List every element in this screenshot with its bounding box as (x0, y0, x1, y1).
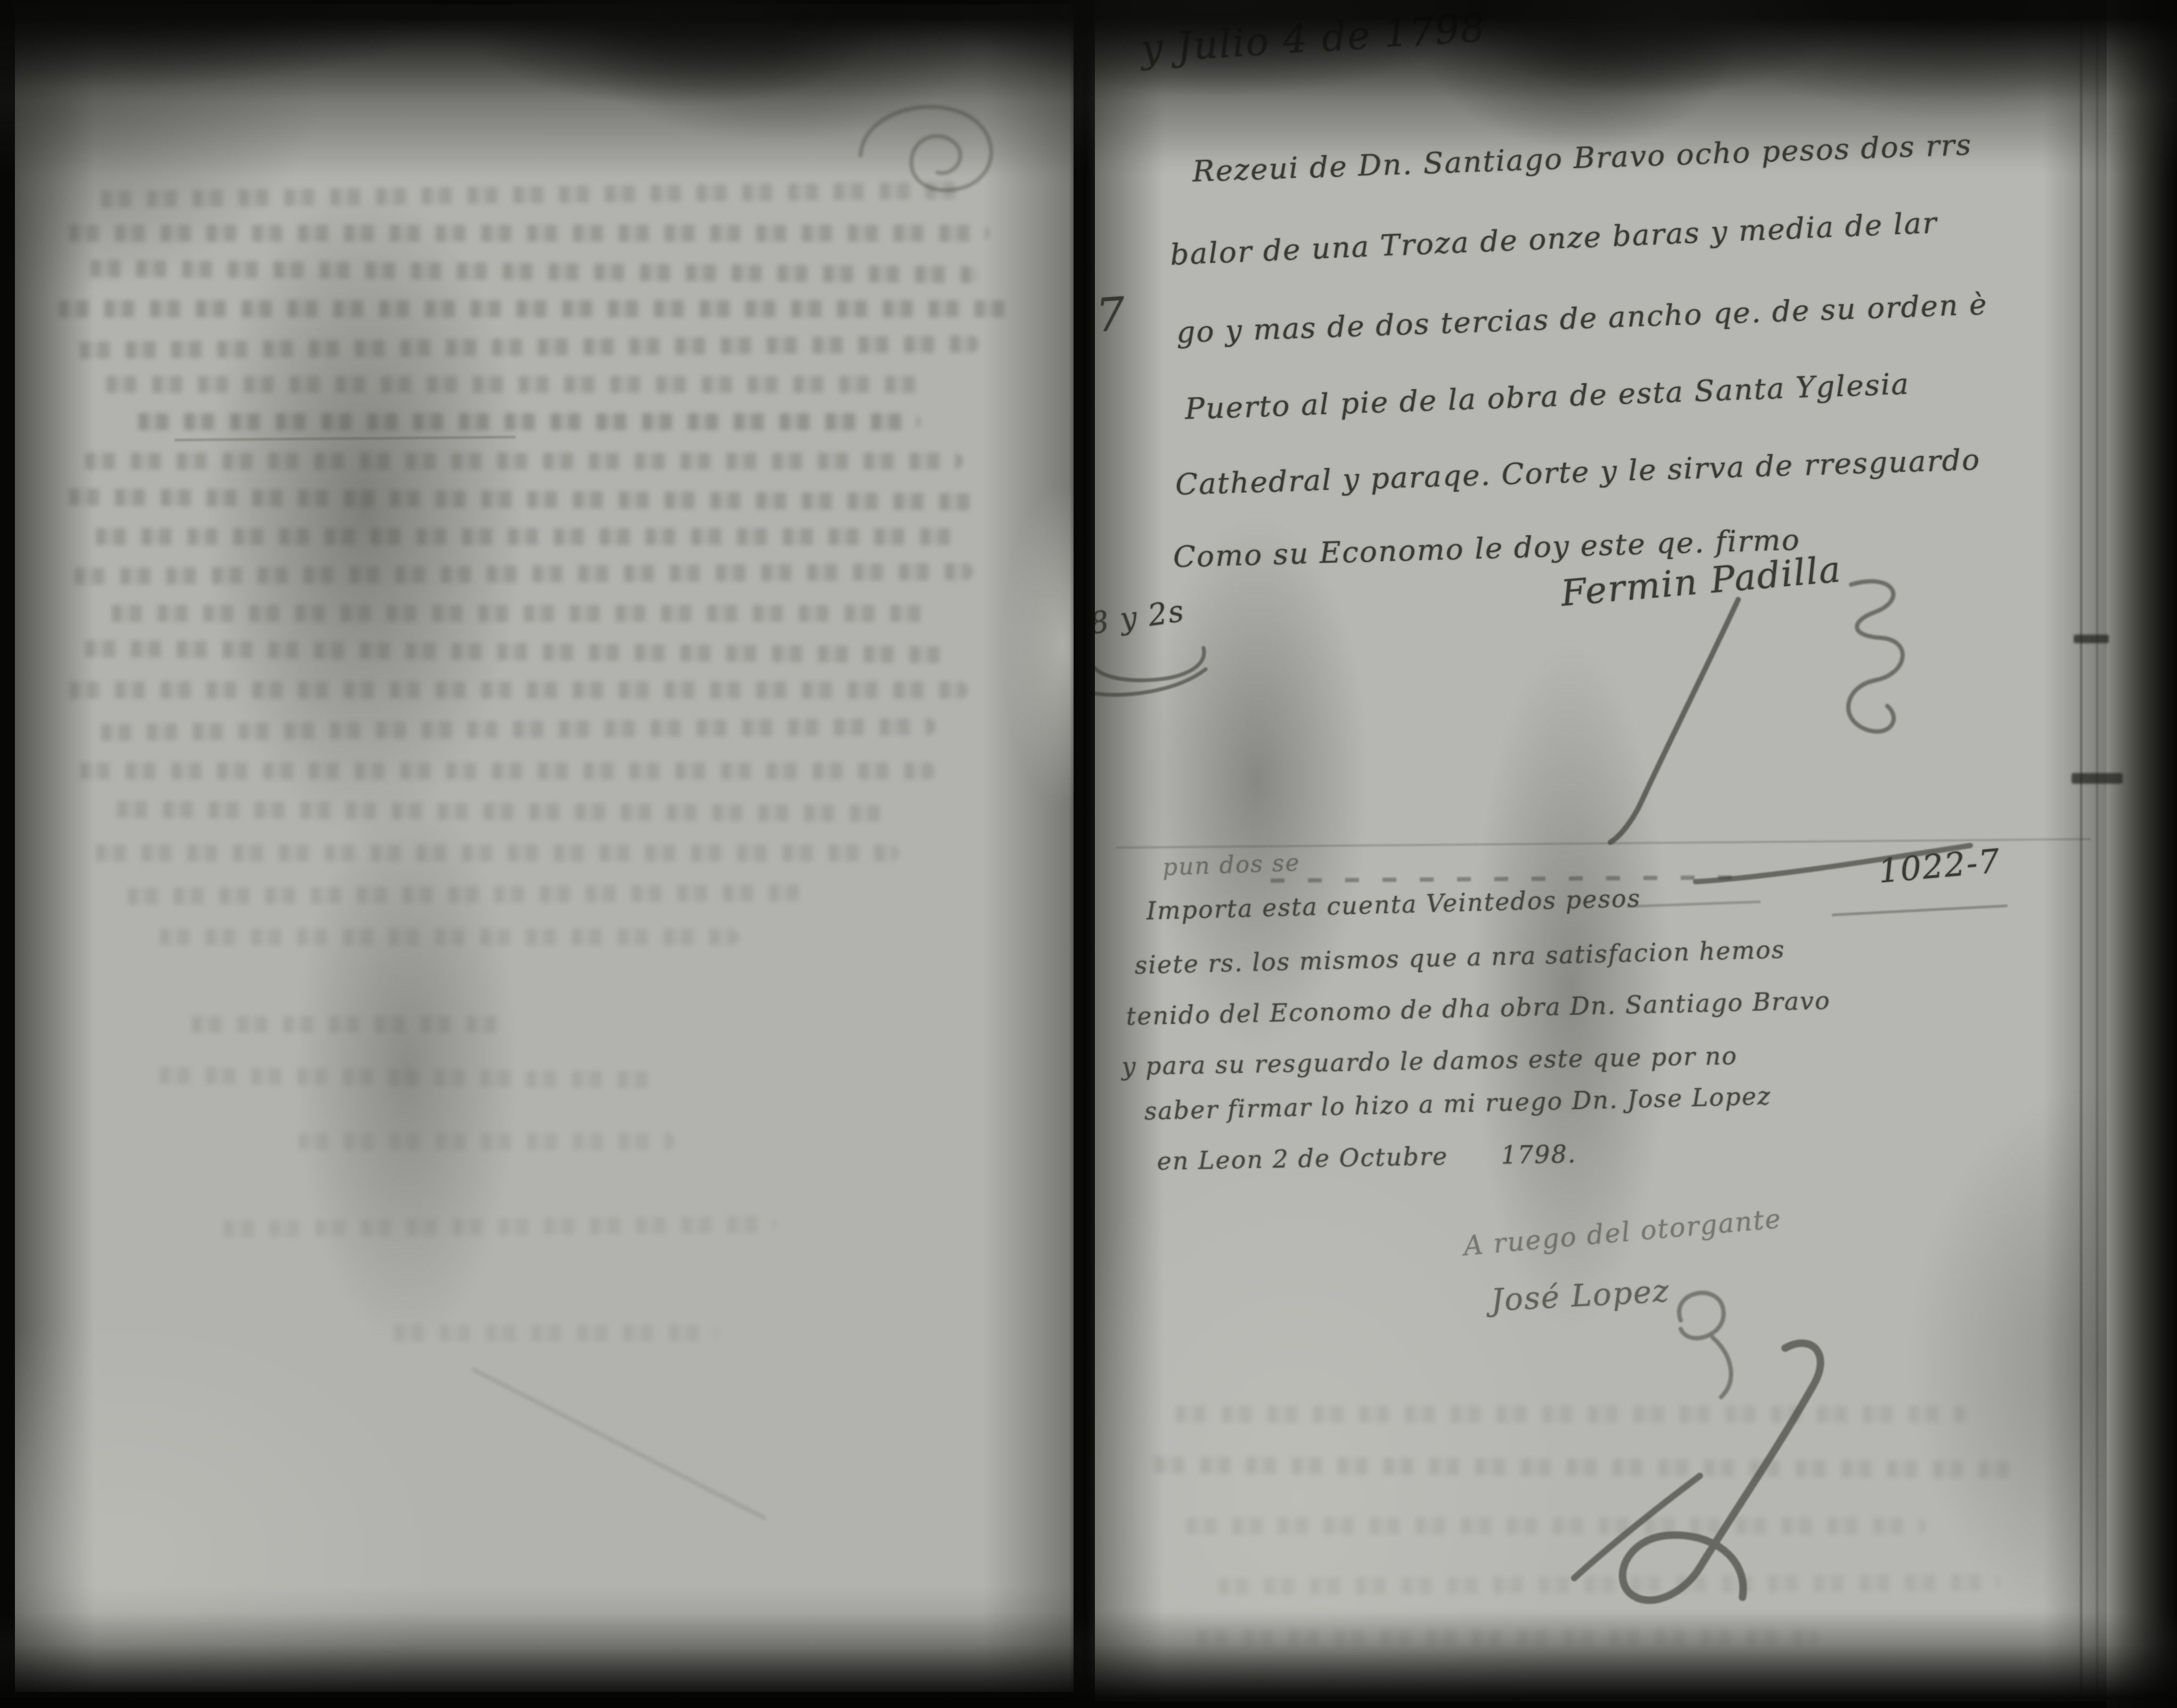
signature-rubric (1819, 570, 1926, 761)
ghost-text-line (105, 605, 936, 622)
settlement-line: y para su resguardo le damos este que po… (1122, 1041, 1738, 1081)
ghost-text-line (68, 563, 973, 585)
ghost-text-line (73, 335, 979, 359)
receipt-line: Cathedral y paraqe. Corte y le sirva de … (1175, 442, 1981, 501)
ghost-text-line (84, 260, 979, 283)
signature-jose-lopez: José Lopez (1490, 1272, 1671, 1318)
manuscript-scan: y Julio 4 de 1798 67 Rezeui de Dn. Santi… (0, 0, 2177, 1708)
ghost-text-line (388, 1325, 718, 1342)
ghost-text-line (185, 1016, 505, 1033)
receipt-line: Puerto al pie de la obra de esta Santa Y… (1184, 366, 1910, 425)
left-page (15, 4, 1074, 1692)
page-edge-mark (2074, 635, 2109, 643)
settlement-dash (1627, 900, 1761, 908)
page-edge-line (2080, 21, 2082, 1693)
ghost-text-line (63, 488, 979, 510)
page-edge-mark (2072, 773, 2123, 784)
ghost-text-line (73, 762, 936, 779)
settlement-line: Importa esta cuenta Veintedos pesos (1146, 884, 1641, 925)
settlement-line: tenido del Economo de dha obra Dn. Santi… (1126, 986, 1831, 1031)
right-page: y Julio 4 de 1798 67 Rezeui de Dn. Santi… (1095, 0, 2107, 1702)
ghost-text-line (79, 453, 963, 470)
receipt-line: balor de una Troza de onze baras y media… (1169, 206, 1938, 272)
ghost-text-line (153, 929, 739, 946)
page-edge-line (2096, 11, 2098, 1698)
page-edges (2107, 0, 2177, 1708)
settlement-line: saber firmar lo hizo a mi ruego Dn. Jose… (1144, 1081, 1772, 1126)
ghost-text-line (121, 884, 814, 905)
settlement-line: siete rs. los mismos que a nra satisfaci… (1134, 935, 1786, 980)
ghost-text-line (95, 718, 936, 741)
divider-dashed-rule (1271, 875, 1739, 883)
ghost-text-line (89, 844, 899, 861)
total-underline (1832, 905, 2008, 916)
divider-fragment: pun dos se (1162, 849, 1300, 881)
attestation-line: A ruego del otorgante (1462, 1203, 1783, 1262)
receipt-line: Rezeui de Dn. Santiago Bravo ocho pesos … (1192, 127, 1973, 188)
ghost-text-line (1191, 1629, 1819, 1646)
ghost-underline (175, 436, 515, 441)
ghost-text-line (95, 182, 957, 208)
header-date: y Julio 4 de 1798 (1140, 5, 1487, 71)
margin-amount-flourish (1095, 642, 1212, 700)
stray-stroke (471, 1367, 767, 1521)
ghost-text-line (63, 225, 989, 242)
ghost-text-line (89, 528, 963, 545)
ghost-text-line (52, 300, 1011, 317)
settlement-line: en Leon 2 de Octubre 1798. (1157, 1139, 1577, 1176)
signature-descender-stroke (1595, 591, 1755, 847)
ghost-text-line (1180, 1517, 1926, 1534)
ghost-text-line (1148, 1457, 2021, 1479)
margin-amount: 8 y 2s (1095, 594, 1187, 641)
ghost-text-line (79, 640, 952, 663)
ghost-text-line (132, 413, 920, 430)
ghost-text-line (153, 1067, 659, 1088)
ghost-text-line (217, 1216, 776, 1237)
receipt-line: go y mas de dos tercias de ancho qe. de … (1176, 287, 1988, 349)
ghost-text-line (292, 1133, 675, 1150)
margin-entry-number: 67 (1095, 288, 1128, 345)
ghost-text-line (1169, 1406, 1968, 1423)
ghost-text-line (1212, 1574, 2000, 1595)
ghost-text-line (63, 681, 968, 699)
ghost-text-line (111, 801, 888, 822)
ghost-text-line (100, 376, 931, 393)
